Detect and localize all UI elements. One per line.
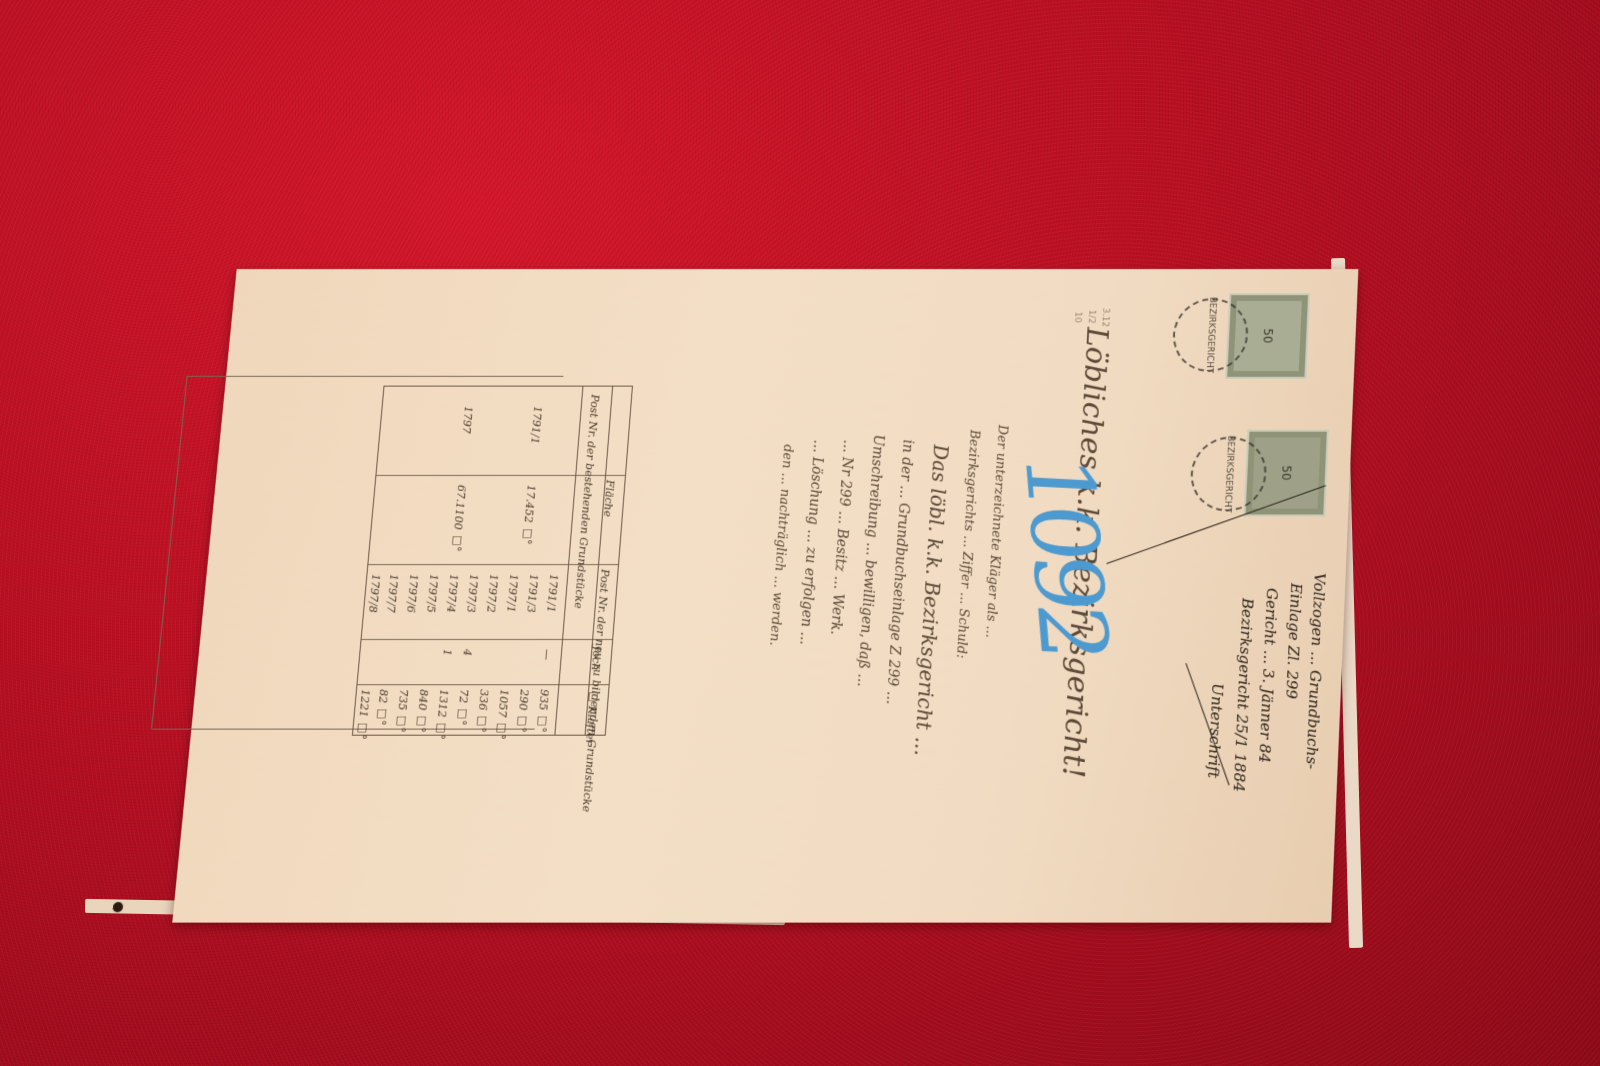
table-row-parcel: 1797/5	[424, 574, 440, 613]
table-row-parcel: 1797/2	[484, 574, 500, 613]
margin-note: Einlage Zl. 299	[1282, 583, 1305, 699]
body-line: ... Löschung ... zu erfolgen ...	[796, 440, 826, 645]
table-row-klafter: 735 □°	[393, 689, 410, 732]
margin-note: Bezirksgericht 25/1 1884	[1230, 598, 1257, 792]
table-row-klafter: 840 □°	[414, 689, 431, 732]
blue-pencil-annotation: 1092	[1004, 448, 1128, 662]
table-header-area: Fläche	[601, 480, 617, 517]
body-line: Der unterzeichnete Kläger als ...	[982, 425, 1010, 638]
body-line: Bezirksgerichts ... Ziffer ... Schuld:	[953, 430, 982, 659]
body-line: ... Nr 299 ... Besitz ... Werk.	[827, 440, 856, 635]
table-row-klafter: 72 □°	[454, 689, 470, 725]
table-row-parcel: 1797/1	[504, 574, 520, 613]
table-row-parcel: 1797/4	[444, 574, 460, 613]
parcel-table: Post Nr. der bestehenden Grundstücke Pos…	[352, 386, 633, 736]
table-row-parcel: 1797/6	[404, 574, 420, 613]
table-row-joch: 1	[440, 649, 454, 656]
margin-note: Gericht ... 3. Jänner 84	[1255, 588, 1281, 763]
body-line: Das löbl. k.k. Bezirksgericht ...	[910, 444, 953, 755]
area-value: 67.1100 □°	[449, 485, 468, 552]
area-value: 17.452 □°	[520, 485, 538, 545]
body-line: den ... nachträglich ... werden.	[766, 444, 795, 645]
document-sheet: Post Nr. der bestehenden Grundstücke Pos…	[172, 269, 1358, 923]
signature: Unterschrift	[1204, 683, 1227, 778]
table-row-klafter: 82 □°	[374, 689, 390, 725]
pencil-note: 3.12	[1099, 308, 1110, 327]
table-row-parcel: 1797/3	[464, 574, 480, 613]
stamp-value: 50	[1260, 328, 1275, 343]
table-row-klafter: 935 □°	[534, 689, 551, 732]
table-row-klafter: 336 □°	[474, 689, 491, 732]
margin-note: Vollzogen ... Grundbuchs-	[1302, 573, 1328, 769]
pencil-note: 10	[1072, 312, 1082, 323]
table-row-parcel: 1791/1	[544, 574, 560, 613]
body-line: in der ... Grundbuchseinlage Z 299 ...	[883, 440, 916, 705]
table-row-klafter: 290 □°	[514, 689, 531, 732]
table-row-parcel: 1791/3	[524, 574, 540, 613]
table-row-parcel: 1797/8	[366, 574, 382, 613]
table-row-klafter: 1312 □°	[433, 689, 450, 739]
pencil-note: 1/2	[1086, 310, 1097, 324]
group-label: 1797	[460, 406, 475, 433]
table-row-joch: 4	[460, 649, 474, 656]
stamp-value: 50	[1279, 465, 1294, 480]
group-label: 1791/1	[528, 406, 544, 444]
body-line: Umschreibung ... bewilligen, daß ...	[854, 435, 886, 687]
table-row-klafter: 1221 □°	[355, 689, 373, 739]
table-row-klafter: 1057 □°	[494, 689, 511, 739]
table-row-joch: —	[540, 649, 554, 660]
table-row-parcel: 1797/7	[384, 574, 400, 613]
table-header-joch: Joch	[589, 646, 604, 670]
